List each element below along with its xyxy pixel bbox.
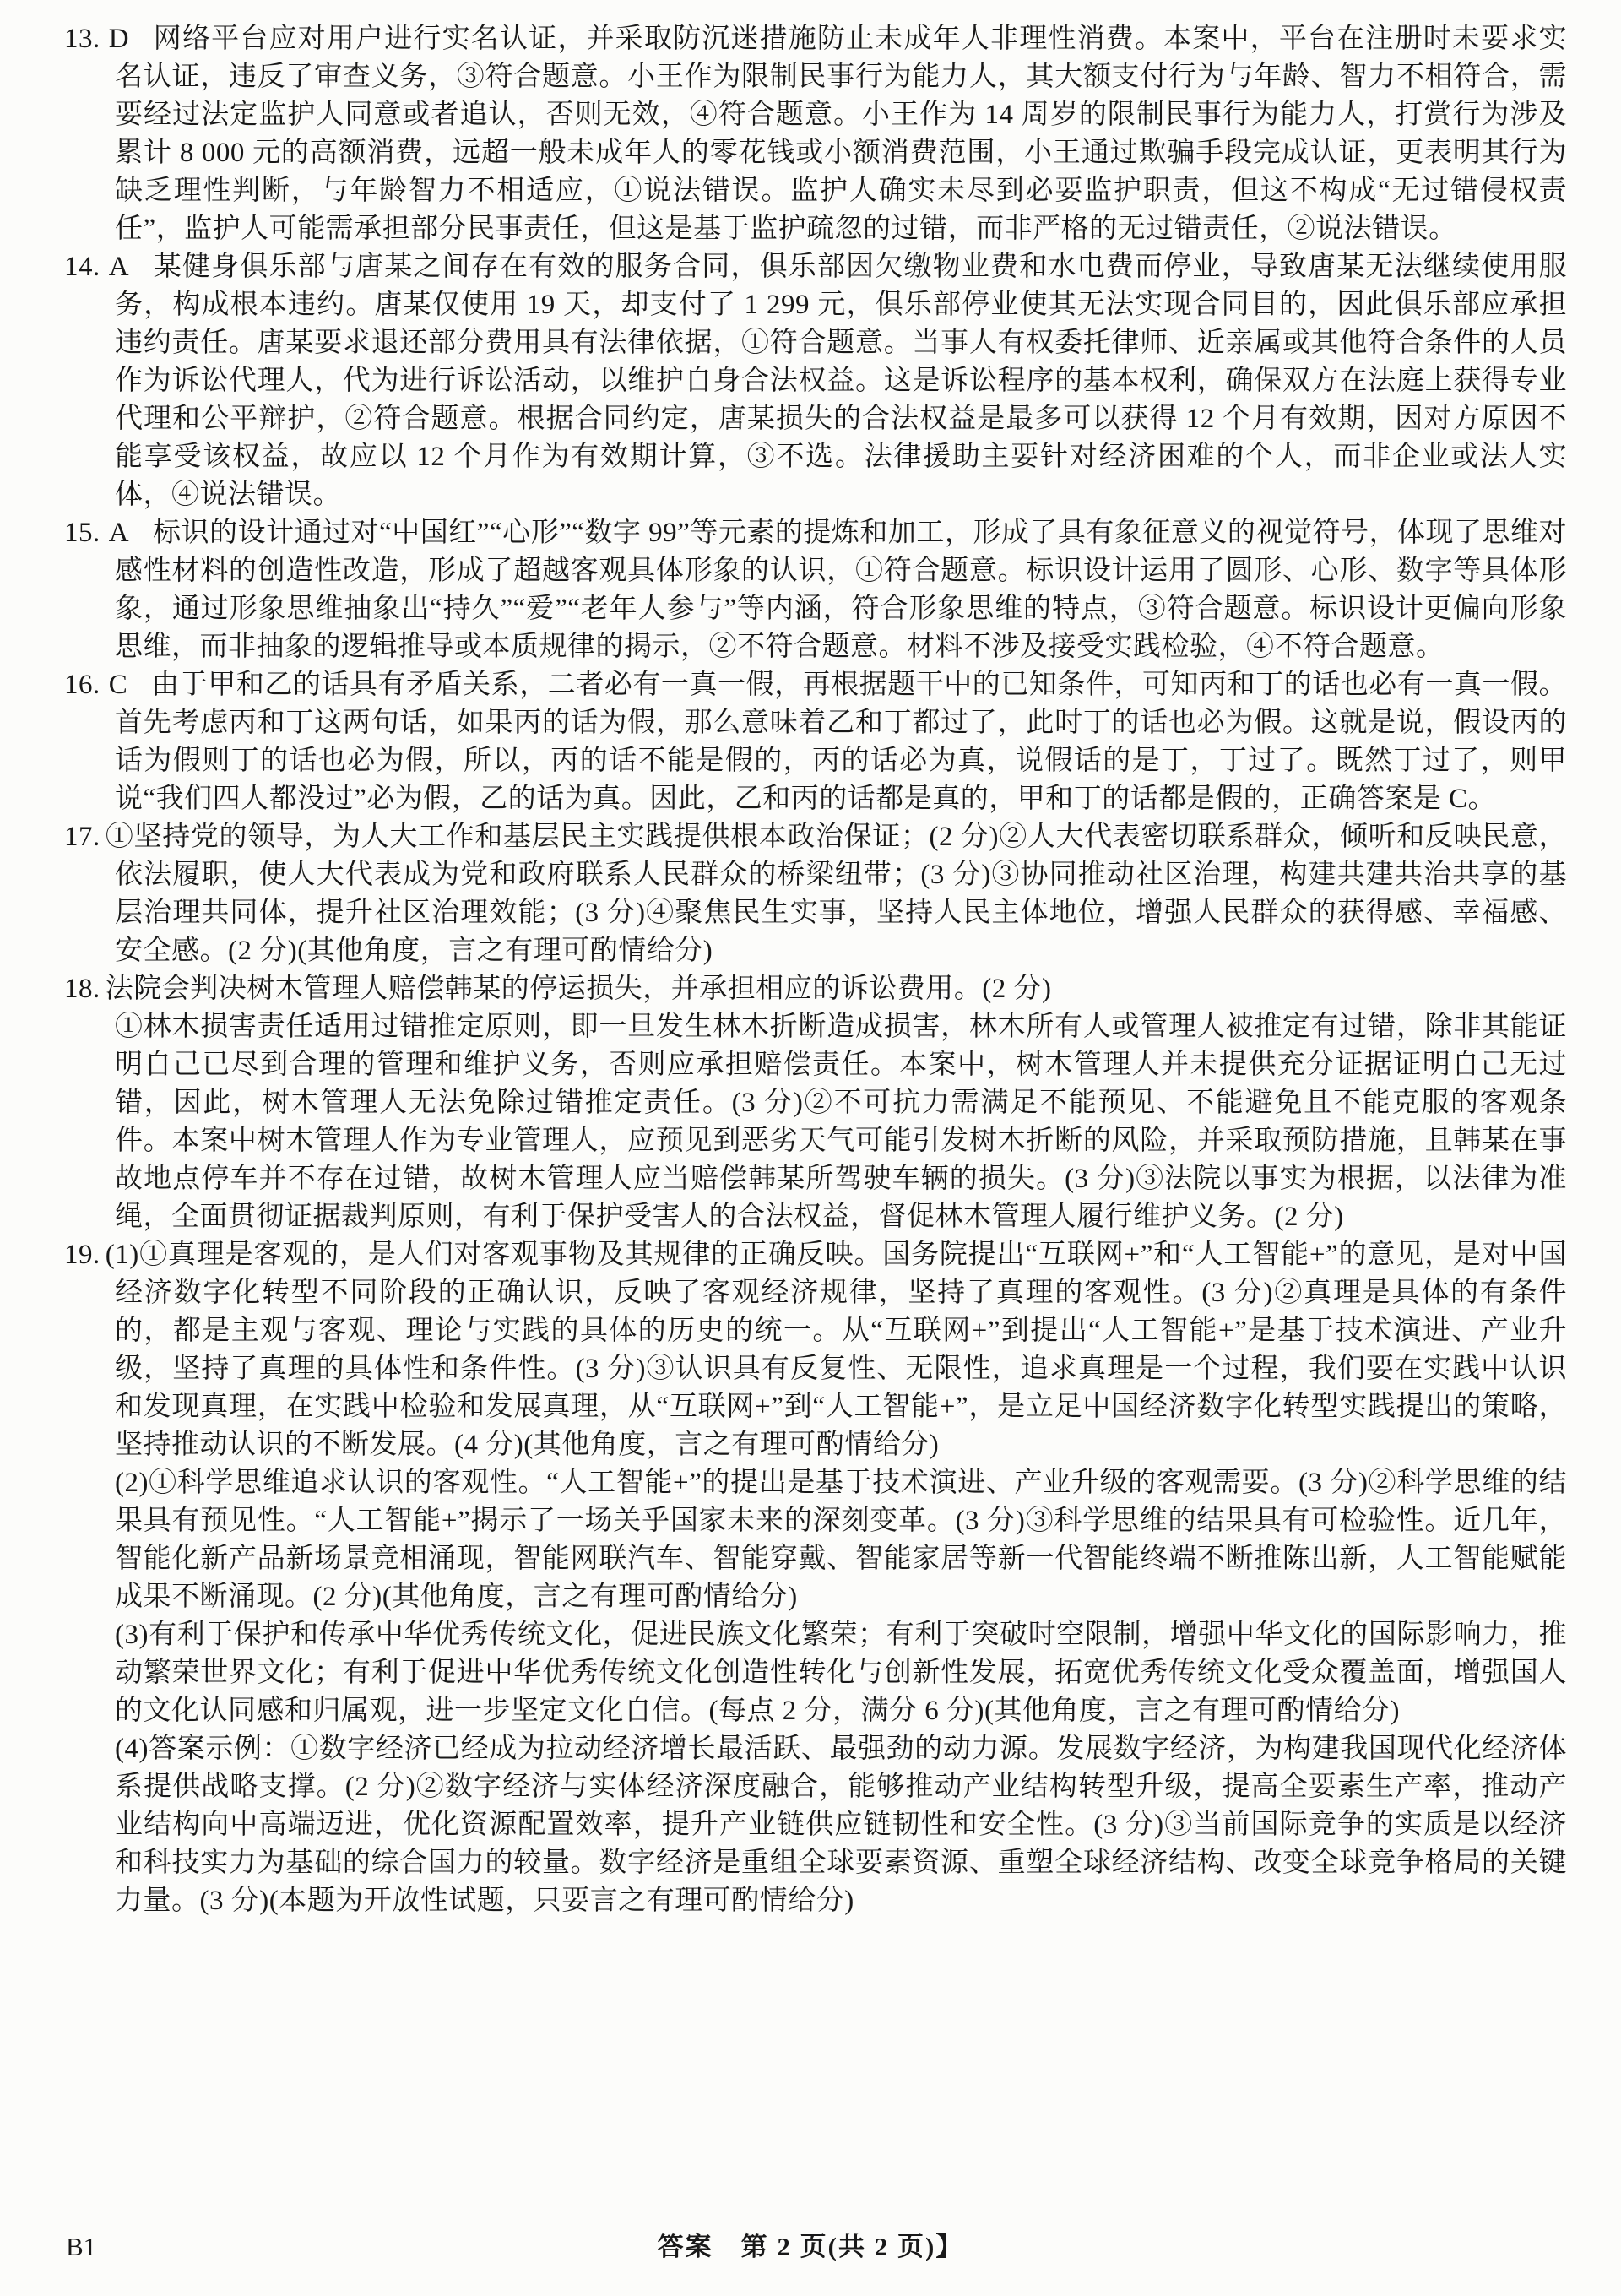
explanation-text: 法院会判决树木管理人赔偿韩某的停运损失，并承担相应的诉讼费用。(2 分) xyxy=(106,974,1052,1004)
question-number: 17. xyxy=(64,822,100,852)
answer-paragraph: 15.A标识的设计通过对“中国红”“心形”“数字 99”等元素的提炼和加工，形成… xyxy=(115,514,1567,666)
question-number: 16. xyxy=(64,670,100,700)
answer-letter: C xyxy=(109,670,128,700)
answer-paragraph: 13.D网络平台应对用户进行实名认证，并采取防沉迷措施防止未成年人非理性消费。本… xyxy=(115,20,1567,248)
answer-item-18: 18.法院会判决树木管理人赔偿韩某的停运损失，并承担相应的诉讼费用。(2 分) … xyxy=(64,970,1567,1236)
explanation-text: 由于甲和乙的话具有矛盾关系，二者必有一真一假，再根据题干中的已知条件，可知丙和丁… xyxy=(115,670,1567,814)
answer-item-17: 17.①坚持党的领导，为人大工作和基层民主实践提供根本政治保证；(2 分)②人大… xyxy=(64,818,1567,970)
question-number: 15. xyxy=(64,518,100,548)
explanation-text: 标识的设计通过对“中国红”“心形”“数字 99”等元素的提炼和加工，形成了具有象… xyxy=(115,518,1567,662)
footer-page-number: 答案 第 2 页(共 2 页)】 xyxy=(0,2226,1621,2268)
answer-item-14: 14.A某健身俱乐部与唐某之间存在有效的服务合同，俱乐部因欠缴物业费和水电费而停… xyxy=(64,248,1567,514)
answer-letter: A xyxy=(109,518,129,548)
answer-letter: D xyxy=(109,24,129,54)
answer-item-15: 15.A标识的设计通过对“中国红”“心形”“数字 99”等元素的提炼和加工，形成… xyxy=(64,514,1567,666)
answer-item-16: 16.C由于甲和乙的话具有矛盾关系，二者必有一真一假，再根据题干中的已知条件，可… xyxy=(64,666,1567,818)
page-footer: B1 答案 第 2 页(共 2 页)】 xyxy=(0,2226,1621,2268)
answer-subparagraph: (4)答案示例：①数字经济已经成为拉动经济增长最活跃、最强劲的动力源。发展数字经… xyxy=(115,1730,1567,1920)
answer-paragraph: 17.①坚持党的领导，为人大工作和基层民主实践提供根本政治保证；(2 分)②人大… xyxy=(115,818,1567,970)
explanation-text: ①坚持党的领导，为人大工作和基层民主实践提供根本政治保证；(2 分)②人大代表密… xyxy=(106,822,1567,966)
question-number: 19. xyxy=(64,1240,100,1270)
answer-paragraph: 19.(1)①真理是客观的，是人们对客观事物及其规律的正确反映。国务院提出“互联… xyxy=(115,1236,1567,1464)
answer-subparagraph: (2)①科学思维追求认识的客观性。“人工智能+”的提出是基于技术演进、产业升级的… xyxy=(115,1464,1567,1616)
explanation-text: 网络平台应对用户进行实名认证，并采取防沉迷措施防止未成年人非理性消费。本案中，平… xyxy=(115,24,1567,244)
question-number: 13. xyxy=(64,24,100,54)
question-number: 14. xyxy=(64,252,100,282)
answer-letter: A xyxy=(109,252,129,282)
answer-paragraph: 14.A某健身俱乐部与唐某之间存在有效的服务合同，俱乐部因欠缴物业费和水电费而停… xyxy=(115,248,1567,514)
answer-item-19: 19.(1)①真理是客观的，是人们对客观事物及其规律的正确反映。国务院提出“互联… xyxy=(64,1236,1567,1920)
answer-subparagraph: (3)有利于保护和传承中华优秀传统文化，促进民族文化繁荣；有利于突破时空限制，增… xyxy=(115,1616,1567,1730)
explanation-text: 某健身俱乐部与唐某之间存在有效的服务合同，俱乐部因欠缴物业费和水电费而停业，导致… xyxy=(115,252,1567,510)
answer-item-13: 13.D网络平台应对用户进行实名认证，并采取防沉迷措施防止未成年人非理性消费。本… xyxy=(64,20,1567,248)
answer-subparagraph: ①林木损害责任适用过错推定原则，即一旦发生林木折断造成损害，林木所有人或管理人被… xyxy=(115,1008,1567,1236)
answer-paragraph: 18.法院会判决树木管理人赔偿韩某的停运损失，并承担相应的诉讼费用。(2 分) xyxy=(115,970,1567,1008)
question-number: 18. xyxy=(64,974,100,1004)
explanation-text: (1)①真理是客观的，是人们对客观事物及其规律的正确反映。国务院提出“互联网+”… xyxy=(106,1240,1567,1460)
answer-key-page: 13.D网络平台应对用户进行实名认证，并采取防沉迷措施防止未成年人非理性消费。本… xyxy=(0,0,1621,2296)
answer-list: 13.D网络平台应对用户进行实名认证，并采取防沉迷措施防止未成年人非理性消费。本… xyxy=(64,20,1567,1920)
answer-paragraph: 16.C由于甲和乙的话具有矛盾关系，二者必有一真一假，再根据题干中的已知条件，可… xyxy=(115,666,1567,818)
